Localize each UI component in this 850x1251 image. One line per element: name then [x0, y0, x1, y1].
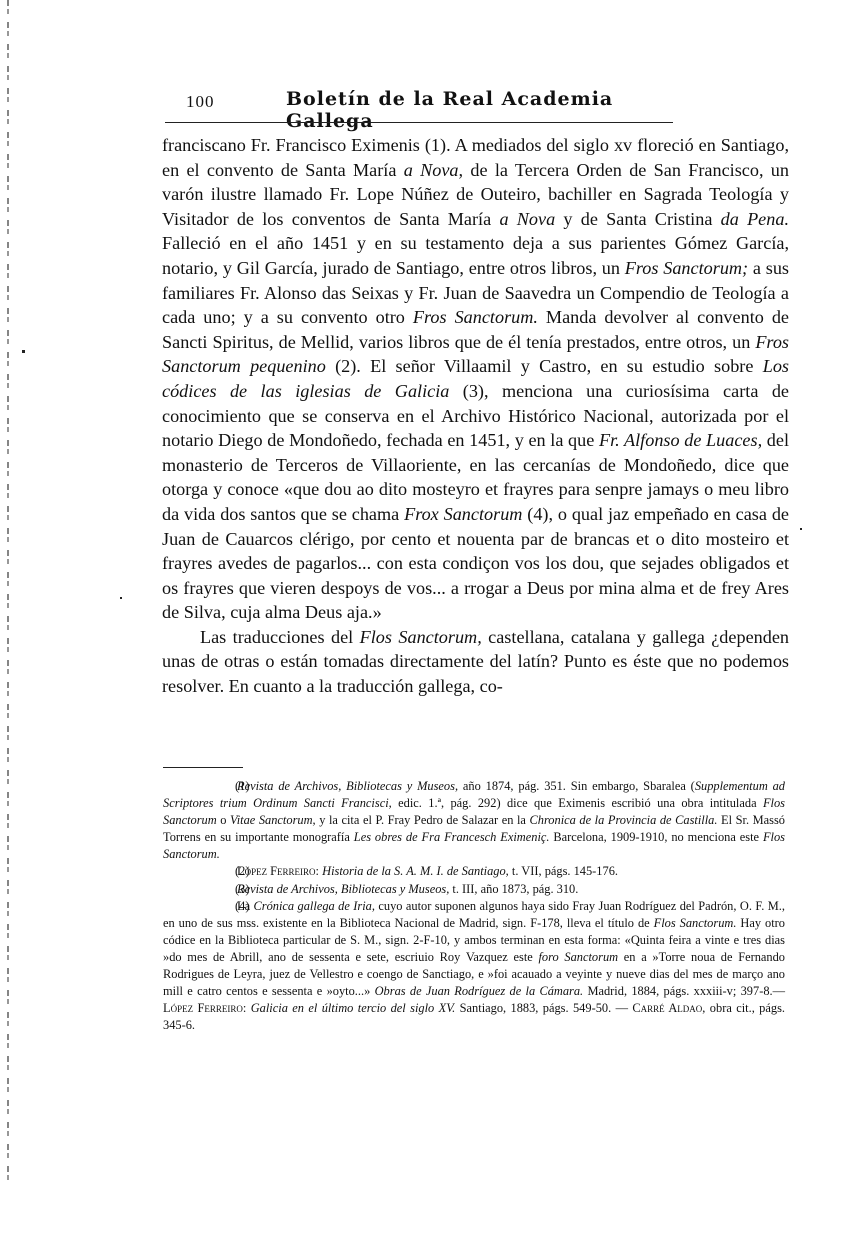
italic-span: Flos Sanctorum. [654, 916, 737, 930]
footnote-marker: (2) [199, 863, 237, 880]
footnote: (4)La Crónica gallega de Iria, cuyo auto… [163, 898, 785, 1035]
scan-speck [22, 350, 25, 353]
text-span: t. III, año 1873, pág. 310. [449, 882, 578, 896]
text-span: año 1874, pág. 351. Sin embargo, Sbarale… [458, 779, 695, 793]
small-caps-span: Carré Aldao, [632, 1001, 705, 1015]
text-span: La [237, 899, 254, 913]
running-title: Boletín de la Real Academia Gallega [286, 88, 654, 132]
italic-span: Obras de Juan Rodríguez de la Cámara. [375, 984, 584, 998]
page-header: 100 Boletín de la Real Academia Gallega [186, 88, 654, 118]
text-span: Santiago, 1883, págs. 549-50. — [455, 1001, 632, 1015]
text-span: Madrid, 1884, págs. xxxiii-v; 397-8.— [583, 984, 785, 998]
paragraph: franciscano Fr. Francisco Eximenis (1). … [162, 133, 789, 625]
footnote: (2)López Ferreiro: Historia de la S. A. … [163, 863, 785, 880]
italic-span: Crónica gallega de Iria, [254, 899, 375, 913]
scan-speck [800, 528, 802, 530]
header-rule [165, 122, 673, 123]
text-span: edic. 1.ª, pág. 292) dice que Eximenis e… [392, 796, 763, 810]
body-text: franciscano Fr. Francisco Eximenis (1). … [162, 133, 789, 699]
small-caps-span: López Ferreiro: [237, 864, 319, 878]
italic-span: Fros Sanctorum; [625, 258, 748, 278]
footnotes: (1)Revista de Archivos, Bibliotecas y Mu… [163, 778, 785, 1034]
paragraph: Las traducciones del Flos Sanctorum, cas… [162, 625, 789, 699]
scan-speck [120, 597, 122, 599]
text-span: o [217, 813, 230, 827]
text-span: Barcelona, 1909-1910, no menciona este [549, 830, 762, 844]
text-span: t. VII, págs. 145-176. [509, 864, 618, 878]
italic-span: da Pena. [721, 209, 789, 229]
italic-span: Revista de Archivos, Bibliotecas y Museo… [237, 882, 449, 896]
text-span: Las traducciones del [200, 627, 360, 647]
italic-span: Fros Sanctorum. [413, 307, 538, 327]
footnote: (1)Revista de Archivos, Bibliotecas y Mu… [163, 778, 785, 863]
italic-span: Galicia en el último tercio del siglo XV… [251, 1001, 456, 1015]
italic-span: a Nova, [404, 160, 463, 180]
italic-span: foro Sanctorum [538, 950, 618, 964]
italic-span: Frox Sanctorum [404, 504, 522, 524]
italic-span: Flos Sanctorum, [360, 627, 482, 647]
footnote-rule [163, 767, 243, 768]
text-span: (2). El señor Villaamil y Castro, en su … [326, 356, 763, 376]
text-span: y la cita el P. Fray Pedro de Salazar en… [316, 813, 530, 827]
footnote: (3)Revista de Archivos, Bibliotecas y Mu… [163, 881, 785, 898]
footnote-marker: (4) [199, 898, 237, 915]
italic-span: Historia de la S. A. M. I. de Santiago, [322, 864, 509, 878]
italic-span: Fr. Alfonso de Luaces, [599, 430, 762, 450]
page-number: 100 [186, 92, 215, 112]
italic-span: Les obres de Fra Francesch Eximeniç. [354, 830, 550, 844]
italic-span: Vitae Sanctorum, [230, 813, 316, 827]
italic-span: Chronica de la Provincia de Castilla. [529, 813, 717, 827]
footnote-marker: (1) [199, 778, 237, 795]
small-caps-span: López Ferreiro: [163, 1001, 246, 1015]
scan-edge-artifact [7, 0, 9, 1180]
text-span: y de Santa Cristina [555, 209, 720, 229]
italic-span: a Nova [499, 209, 555, 229]
footnote-marker: (3) [199, 881, 237, 898]
italic-span: Revista de Archivos, Bibliotecas y Museo… [237, 779, 458, 793]
